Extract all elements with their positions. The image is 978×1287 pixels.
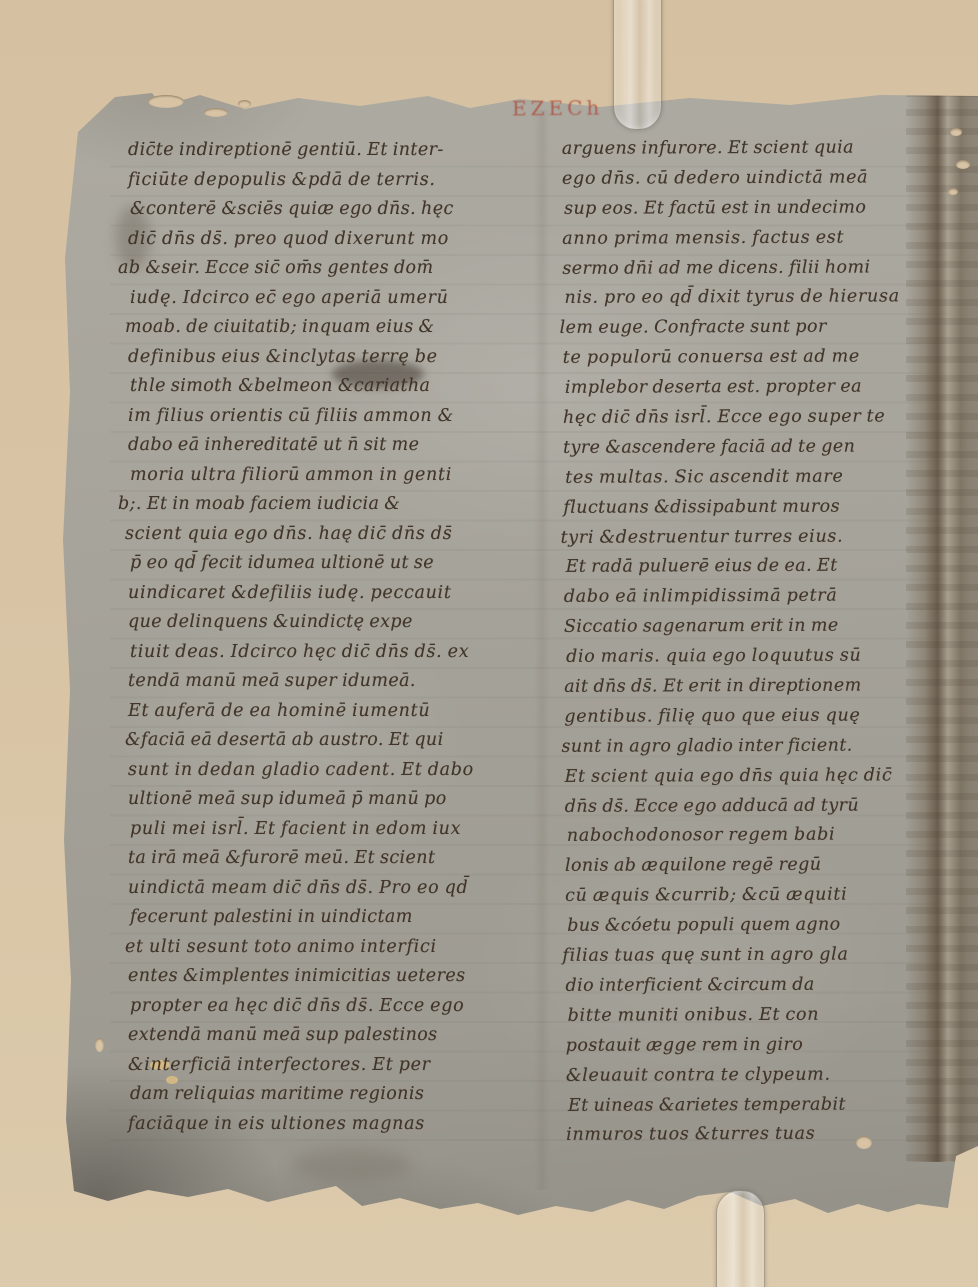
- manuscript-text-line: gentibus. filię quo que eius quę: [564, 701, 944, 733]
- manuscript-text-line: dabo eā inhereditatē ut n̄ sit me: [128, 431, 528, 461]
- manuscript-text-line: fluctuans &dissipabunt muros: [563, 492, 943, 524]
- manuscript-text-line: et ulti sesunt toto animo interfici: [125, 933, 525, 963]
- text-column-right: arguens infurore. Et scient quiaego dn̄s…: [562, 133, 946, 1151]
- text-column-left: dic̄te indireptionē gentiū. Et inter-fic…: [128, 136, 528, 1139]
- wormhole: [204, 108, 228, 117]
- stitch-hole: [950, 128, 962, 136]
- center-crease: [534, 110, 550, 1190]
- manuscript-text-line: iudę. Idcirco ec̄ ego aperiā umerū: [130, 284, 530, 314]
- manuscript-text-line: tes multas. Sic ascendit mare: [565, 462, 945, 494]
- manuscript-text-line: lonis ab æquilone regē regū: [565, 851, 945, 883]
- manuscript-text-line: scient quia ego dn̄s. haę dic̄ dn̄s ds̄: [125, 520, 525, 550]
- manuscript-text-line: nabochodonosor regem babi: [567, 821, 947, 853]
- manuscript-text-line: dabo eā inlimpidissimā petrā: [564, 582, 944, 614]
- manuscript-photo: EZECh dic̄te indireptionē gentiū. Et int…: [0, 0, 978, 1287]
- manuscript-text-line: entes &implentes inimicitias ueteres: [128, 962, 528, 992]
- manuscript-text-line: sup eos. Et factū est in undecimo: [564, 193, 944, 225]
- wormhole: [238, 100, 251, 108]
- manuscript-text-line: Et radā puluerē eius de ea. Et: [566, 552, 946, 584]
- manuscript-text-line: postauit ægge rem in giro: [566, 1030, 946, 1062]
- mounting-clip-top: [613, 0, 662, 130]
- manuscript-text-line: im filius orientis cū filiis ammon &: [128, 402, 528, 432]
- manuscript-text-line: filias tuas quę sunt in agro gla: [562, 940, 942, 972]
- mounting-clip-bottom: [716, 1190, 765, 1287]
- manuscript-text-line: ficiūte depopulis &pdā de terris.: [128, 166, 528, 196]
- manuscript-text-line: moria ultra filiorū ammon in genti: [130, 461, 530, 491]
- manuscript-text-line: dam reliquias maritime regionis: [130, 1080, 530, 1110]
- manuscript-text-line: uindictā meam dic̄ dn̄s ds̄. Pro eo qd̄: [128, 874, 528, 904]
- manuscript-text-line: inmuros tuos &turres tuas: [566, 1120, 946, 1152]
- manuscript-text-line: te populorū conuersa est ad me: [563, 342, 943, 374]
- manuscript-text-line: propter ea hęc dic̄ dn̄s ds̄. Ecce ego: [130, 992, 530, 1022]
- manuscript-text-line: thle simoth &belmeon &cariatha: [130, 372, 530, 402]
- manuscript-text-line: definibus eius &inclytas terrę be: [128, 343, 528, 373]
- manuscript-text-line: bitte muniti onibus. Et con: [568, 1000, 948, 1032]
- manuscript-text-line: tendā manū meā super idumeā.: [128, 667, 528, 697]
- manuscript-text-line: b;. Et in moab faciem iudicia &: [118, 490, 528, 520]
- stitch-hole: [956, 160, 970, 169]
- stitch-hole: [948, 188, 958, 195]
- manuscript-text-line: que delinquens &uindictę expe: [128, 608, 528, 638]
- manuscript-text-line: p̄ eo qd̄ fecit idumea ultionē ut se: [130, 549, 530, 579]
- wormhole: [95, 1038, 104, 1052]
- manuscript-text-line: uindicaret &defiliis iudę. peccauit: [128, 579, 528, 609]
- manuscript-text-line: &conterē &sciēs quiæ ego dn̄s. hęc: [130, 195, 530, 225]
- manuscript-text-line: tyre &ascendere faciā ad te gen: [563, 432, 943, 464]
- manuscript-text-line: fecerunt palestini in uindictam: [130, 903, 530, 933]
- manuscript-text-line: Et uineas &arietes temperabit: [568, 1090, 948, 1122]
- manuscript-text-line: ultionē meā sup idumeā p̄ manū po: [128, 785, 528, 815]
- manuscript-text-line: ait dn̄s ds̄. Et erit in direptionem: [564, 671, 944, 703]
- manuscript-text-line: lem euge. Confracte sunt por: [560, 313, 940, 345]
- manuscript-text-line: extendā manū meā sup palestinos: [128, 1021, 528, 1051]
- foot-stain: [292, 1148, 412, 1182]
- manuscript-text-line: dn̄s ds̄. Ecce ego adducā ad tyrū: [565, 791, 945, 823]
- manuscript-text-line: ta irā meā &furorē meū. Et scient: [128, 844, 528, 874]
- manuscript-text-line: implebor deserta est. propter ea: [565, 372, 945, 404]
- manuscript-text-line: hęc dic̄ dn̄s isrl̄. Ecce ego super te: [563, 402, 943, 434]
- manuscript-text-line: ab &seir. Ecce sic̄ om̄s gentes dom̄: [118, 254, 528, 284]
- manuscript-text-line: anno prima mensis. factus est: [562, 223, 942, 255]
- manuscript-text-line: tyri &destruentur turres eius.: [560, 522, 940, 554]
- manuscript-text-line: Siccatio sagenarum erit in me: [564, 611, 944, 643]
- manuscript-text-line: &faciā eā desertā ab austro. Et qui: [125, 726, 525, 756]
- manuscript-text-line: &leuauit contra te clypeum.: [566, 1060, 946, 1092]
- manuscript-text-line: sunt in agro gladio inter ficient.: [561, 731, 941, 763]
- manuscript-text-line: Et scient quia ego dn̄s quia hęc dic̄: [565, 761, 945, 793]
- manuscript-text-line: cū æquis &currib; &cū æquiti: [565, 880, 945, 912]
- manuscript-text-line: dic̄te indireptionē gentiū. Et inter-: [128, 136, 528, 166]
- manuscript-text-line: faciāque in eis ultiones magnas: [128, 1110, 528, 1140]
- manuscript-text-line: dio maris. quia ego loquutus sū: [566, 641, 946, 673]
- manuscript-text-line: sermo dn̄i ad me dicens. filii homi: [562, 253, 942, 285]
- manuscript-text-line: dic̄ dn̄s ds̄. preo quod dixerunt mo: [128, 225, 528, 255]
- manuscript-text-line: arguens infurore. Et scient quia: [562, 133, 942, 165]
- manuscript-text-line: bus &cóetu populi quem agno: [567, 910, 947, 942]
- wormhole: [148, 95, 184, 108]
- manuscript-text-line: &interficiā interfectores. Et per: [128, 1051, 528, 1081]
- manuscript-text-line: dio interficient &circum da: [565, 970, 945, 1002]
- rubric-title: EZECh: [512, 96, 604, 121]
- manuscript-text-line: Et auferā de ea hominē iumentū: [128, 697, 528, 727]
- manuscript-text-line: tiuit deas. Idcirco hęc dic̄ dn̄s ds̄. e…: [130, 638, 530, 668]
- manuscript-text-line: nis. pro eo qd̄ dixit tyrus de hierusa: [564, 283, 944, 315]
- manuscript-text-line: sunt in dedan gladio cadent. Et dabo: [128, 756, 528, 786]
- manuscript-text-line: ego dn̄s. cū dedero uindictā meā: [562, 163, 942, 195]
- manuscript-text-line: moab. de ciuitatib; inquam eius &: [125, 313, 525, 343]
- manuscript-text-line: puli mei isrl̄. Et facient in edom iux: [130, 815, 530, 845]
